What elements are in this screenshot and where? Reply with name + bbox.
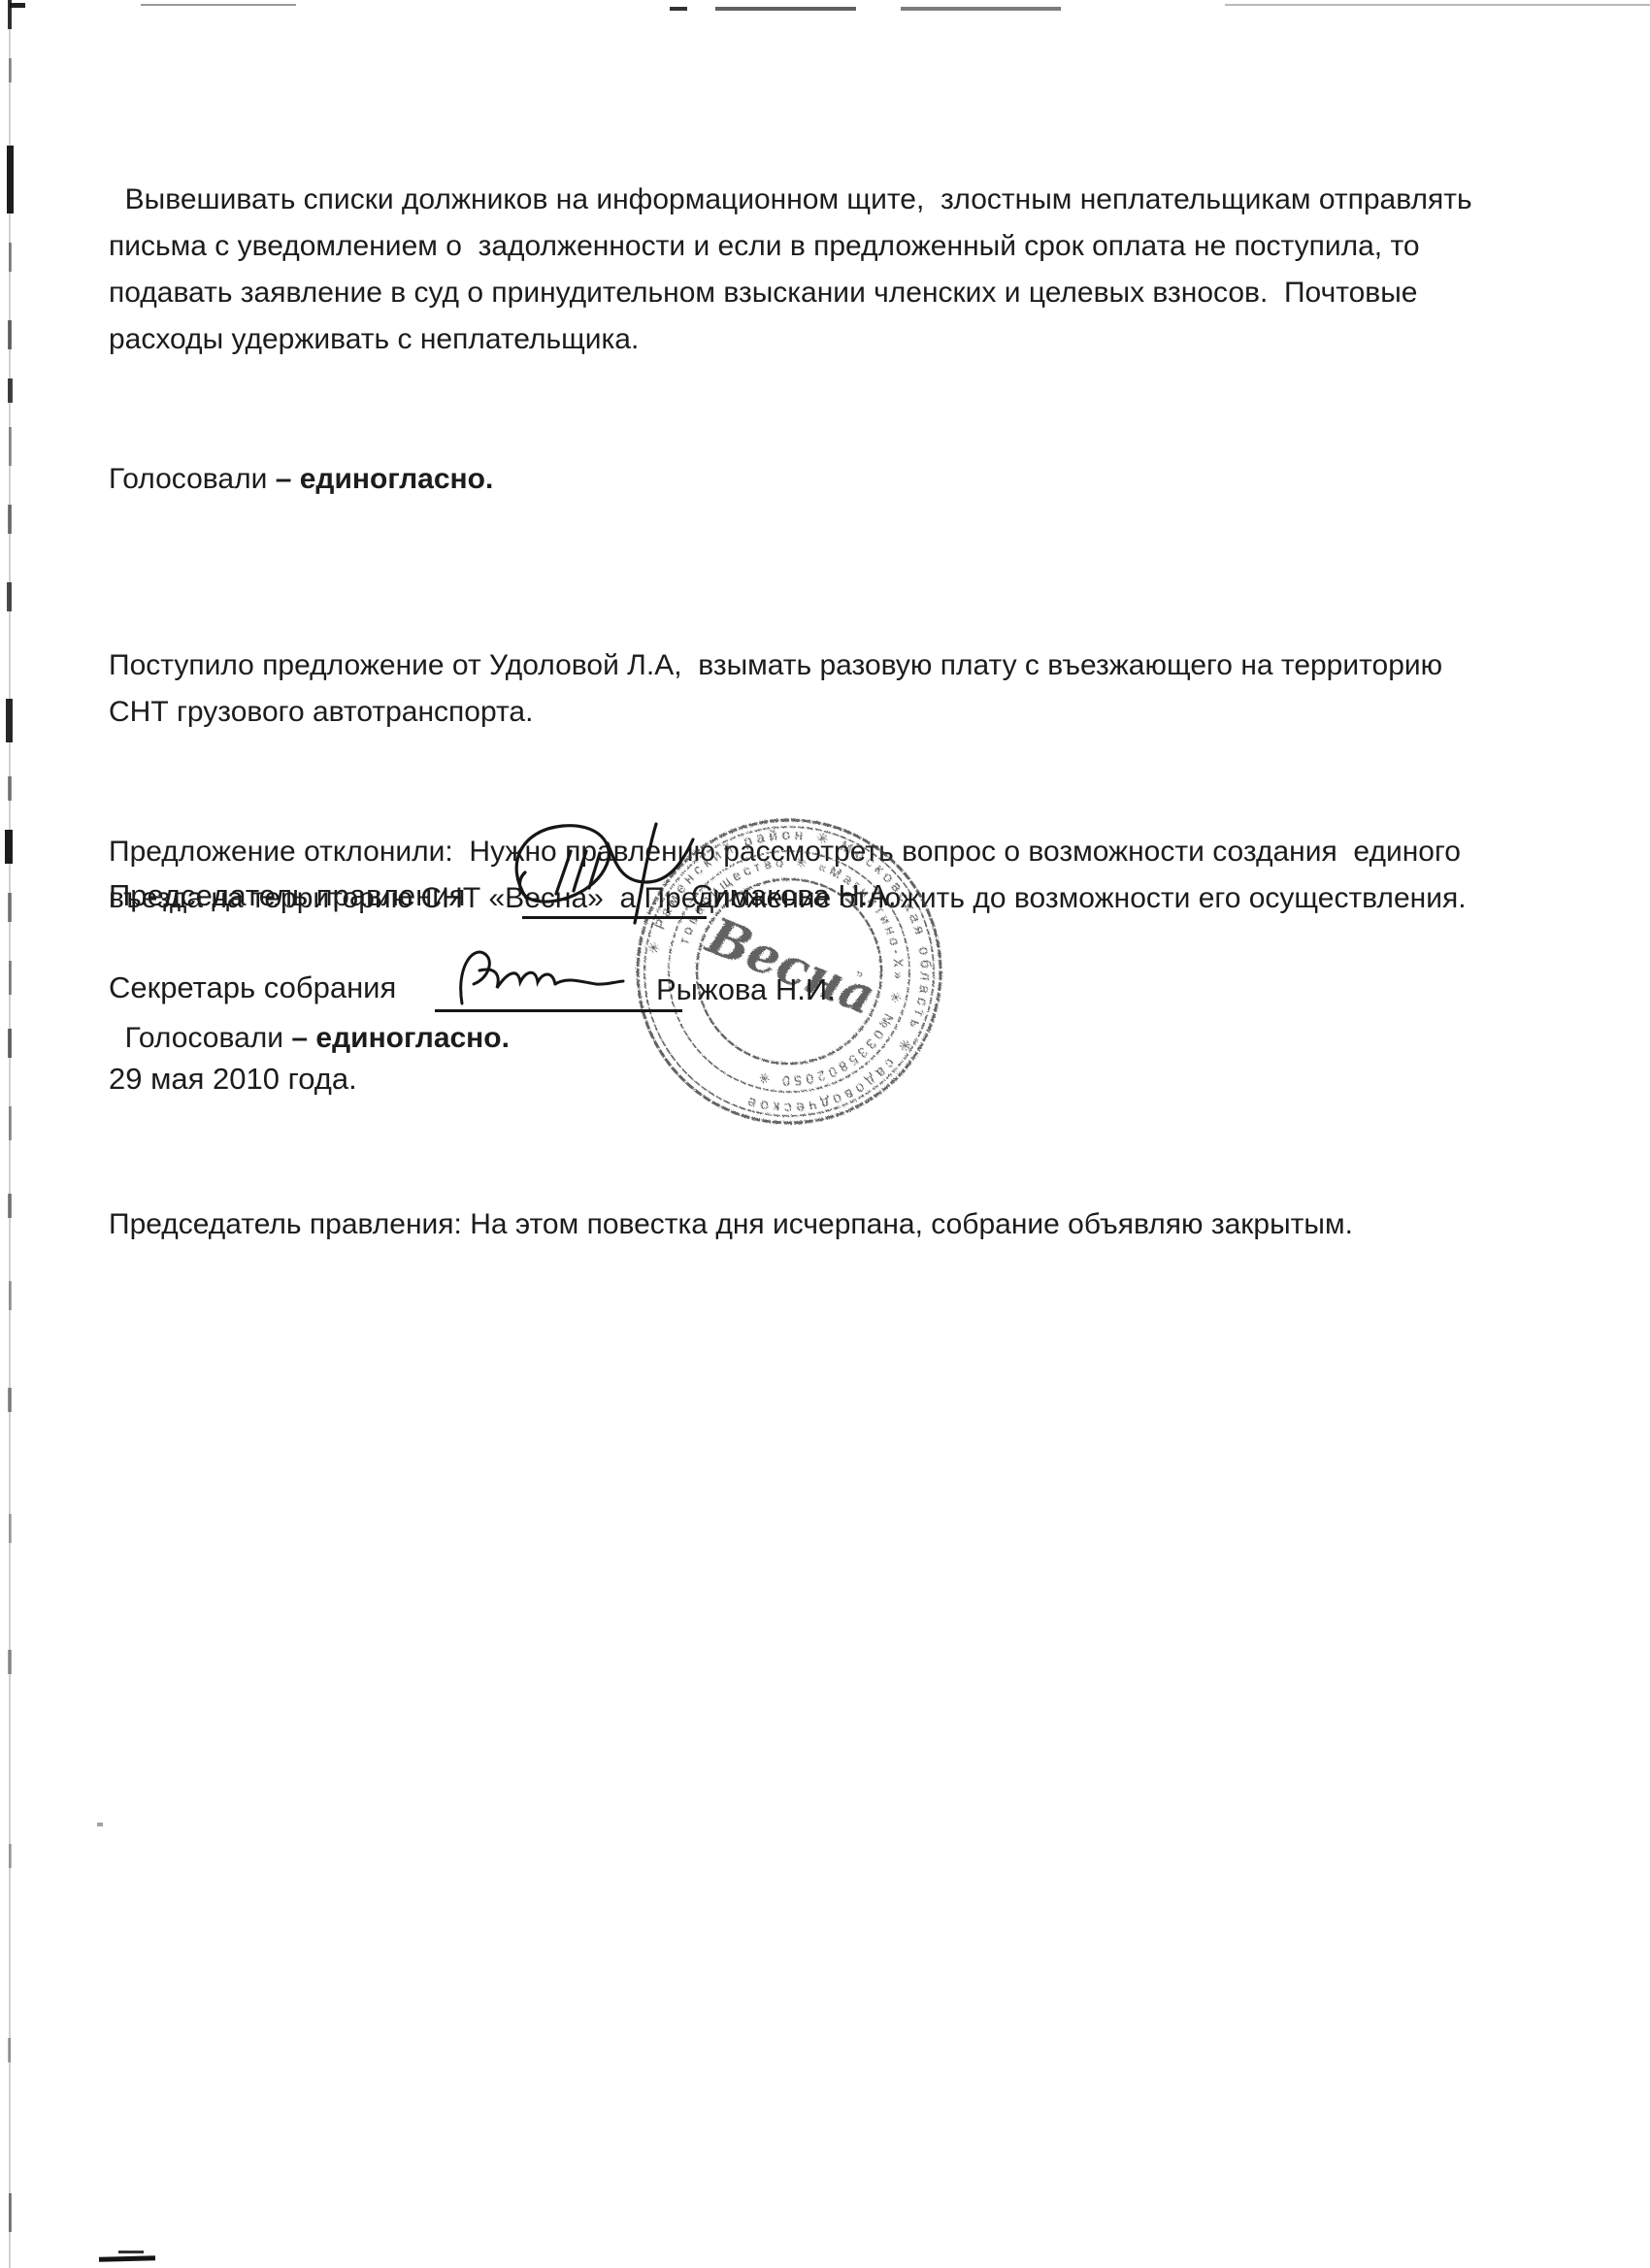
scan-artifact (8, 776, 12, 801)
scan-artifact (9, 1106, 12, 1140)
scan-artifact (9, 1281, 12, 1310)
scan-artifact (5, 830, 13, 864)
scan-artifact (8, 0, 12, 29)
vote-label: Голосовали (109, 463, 276, 495)
scan-artifact (141, 4, 296, 6)
scan-artifact (8, 2038, 11, 2062)
scan-artifact (97, 1823, 103, 1826)
scan-artifact (715, 7, 856, 11)
scan-artifact (7, 582, 12, 611)
secretary-signature-label: Секретарь собрания (109, 969, 396, 1007)
document-date: 29 мая 2010 года. (109, 1060, 357, 1099)
scan-artifact (670, 7, 687, 11)
scan-artifact (8, 893, 12, 922)
scan-artifact (9, 1844, 12, 1868)
scan-artifact (8, 1650, 12, 1674)
vote-label: Голосовали (109, 1022, 291, 1054)
scan-artifact (8, 320, 12, 349)
scan-artifact (1225, 4, 1650, 6)
chairman-name: Симакова Н.А. (691, 876, 897, 915)
scan-artifact (9, 2193, 12, 2232)
scan-artifact (8, 1388, 12, 1412)
secretary-signature (439, 939, 652, 1017)
scan-artifact (8, 1194, 12, 1218)
paragraph-debtors: Вывешивать списки должников на информаци… (109, 177, 1545, 363)
chairman-signature-label: Председатель правления (109, 876, 465, 915)
scan-artifact (9, 1514, 12, 1543)
secretary-name: Рыжова Н.И. (656, 970, 836, 1009)
scanned-document-page: Вывешивать списки должников на информаци… (0, 0, 1650, 2268)
scan-artifact (7, 146, 14, 214)
scan-artifact (8, 1029, 12, 1058)
scan-artifact (8, 505, 12, 534)
scan-artifact (6, 699, 13, 742)
scan-artifact (99, 2255, 155, 2262)
scan-artifact (118, 2251, 144, 2253)
scan-artifact (9, 58, 12, 82)
paragraph-closing: Председатель правления: На этом повестка… (109, 1201, 1545, 1248)
paragraph-proposal: Поступило предложение от Удоловой Л.А, в… (109, 642, 1545, 736)
scan-artifact (9, 961, 12, 995)
document-text: Вывешивать списки должников на информаци… (109, 83, 1545, 1341)
vote-result-1: Голосовали – единогласно. (109, 456, 1545, 503)
vote-value: – единогласно. (291, 1022, 510, 1054)
scan-artifact (9, 427, 12, 466)
scan-artifact (9, 243, 12, 272)
vote-value: – единогласно. (276, 463, 494, 495)
scan-artifact (901, 7, 1061, 11)
scan-artifact (10, 3, 25, 8)
scan-artifact (8, 378, 13, 403)
